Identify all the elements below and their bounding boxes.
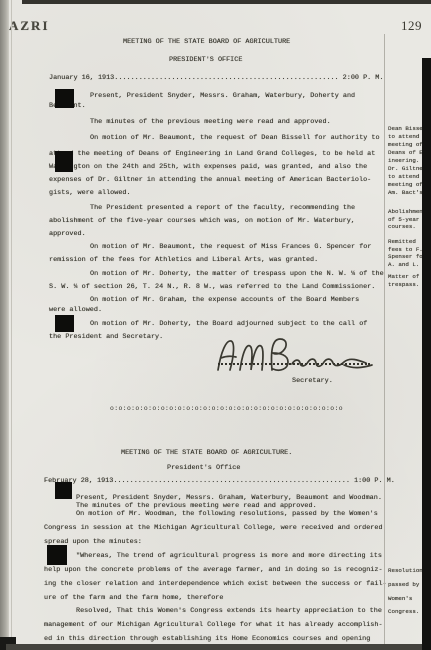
scan-edge-bottom bbox=[6, 644, 431, 650]
margin-note-line: to attend bbox=[388, 173, 419, 180]
text-line: ure of the farm and the farm home, there… bbox=[44, 594, 223, 602]
text-line: MEETING OF THE STATE BOARD OF AGRICULTUR… bbox=[123, 38, 290, 46]
binder-mark bbox=[55, 89, 74, 108]
margin-note-line: Congress. bbox=[388, 608, 419, 615]
margin-note-line: Remitted bbox=[388, 238, 416, 245]
secretary-label: Secretary. bbox=[292, 377, 333, 385]
text-line: On motion of Mr. Doherty, the Board adjo… bbox=[90, 320, 367, 328]
page-number: 129 bbox=[401, 18, 422, 34]
text-line: On motion of Mr. Doherty, the matter of … bbox=[90, 270, 384, 278]
text-line: attend the meeting of Deans of Engineeri… bbox=[49, 150, 375, 158]
text-line: gists, were allowed. bbox=[49, 189, 131, 197]
text-line: January 16, 1913........................… bbox=[49, 74, 383, 82]
binder-mark bbox=[47, 545, 67, 565]
margin-note-line: trespass. bbox=[388, 281, 419, 288]
text-line: remission of the fees for Athletics and … bbox=[49, 256, 318, 264]
library-stamp: AZRI bbox=[9, 18, 50, 34]
margin-note-line: Women's bbox=[388, 595, 412, 602]
text-line: The minutes of the previous meeting were… bbox=[90, 118, 331, 126]
margin-note-line: ineering. bbox=[388, 157, 419, 164]
margin-note-line: Spenser for bbox=[388, 253, 426, 260]
text-line: "Whereas, The trend of agricultural prog… bbox=[76, 552, 382, 560]
text-line: were allowed. bbox=[49, 306, 102, 314]
margin-note-line: meeting of bbox=[388, 141, 423, 148]
scan-edge-right bbox=[422, 58, 431, 650]
text-line: The President presented a report of the … bbox=[90, 204, 355, 212]
text-line: ed in this direction through establishin… bbox=[44, 635, 370, 643]
text-line: ing the closer relation and interdepende… bbox=[44, 580, 387, 588]
binder-mark bbox=[55, 315, 74, 332]
section-separator: o:o:o:o:o:o:o:o:o:o:o:o:o:o:o:o:o:o:o:o:… bbox=[110, 405, 343, 412]
text-line: On motion of Mr. Woodman, the following … bbox=[76, 510, 378, 518]
text-line: MEETING OF THE STATE BOARD OF AGRICULTUR… bbox=[121, 449, 292, 457]
margin-rule-line bbox=[384, 34, 385, 646]
margin-note-line: Resolutions bbox=[388, 567, 426, 574]
text-line: On motion of Mr. Beaumont, the request o… bbox=[90, 134, 380, 142]
text-line: management of our Michigan Agricultural … bbox=[44, 621, 383, 629]
text-line: abolishment of the five-year courses whi… bbox=[49, 217, 355, 225]
secretary-signature-icon bbox=[210, 334, 382, 376]
margin-note-line: meeting of bbox=[388, 181, 423, 188]
margin-note-line: Am. Bact's. bbox=[388, 189, 426, 196]
text-line: On motion of Mr. Beaumont, the request o… bbox=[90, 243, 371, 251]
text-line: help upon the concrete problems of the a… bbox=[44, 566, 383, 574]
text-line: The minutes of the previous meeting were… bbox=[76, 502, 317, 510]
scan-edge-left-line bbox=[11, 0, 12, 650]
text-line: Congress in session at the Michigan Agri… bbox=[44, 524, 383, 532]
margin-note-line: of 5-year bbox=[388, 216, 419, 223]
document-page: AZRI 129 MEETING OF THE STATE BOARD OF A… bbox=[0, 0, 431, 650]
text-line: Washington on the 24th and 25th, with ex… bbox=[49, 163, 367, 171]
text-line: On motion of Mr. Graham, the expense acc… bbox=[90, 296, 359, 304]
text-line: approved. bbox=[49, 230, 86, 238]
binder-mark bbox=[55, 151, 73, 172]
margin-note-line: Matter of bbox=[388, 273, 419, 280]
text-line: February 28, 1913.......................… bbox=[44, 477, 395, 485]
text-line: PRESIDENT'S OFFICE bbox=[169, 56, 242, 64]
scan-edge-left bbox=[0, 0, 9, 650]
scan-edge-top bbox=[22, 0, 431, 4]
margin-note-line: courses. bbox=[388, 223, 416, 230]
text-line: Present, President Snyder, Messrs. Graha… bbox=[90, 92, 355, 100]
signature-dotted-line bbox=[218, 363, 370, 365]
margin-note-line: Abolishment bbox=[388, 208, 426, 215]
text-line: President's Office bbox=[167, 464, 240, 472]
margin-note-line: Dr. Giltner bbox=[388, 165, 426, 172]
margin-note-line: passed by bbox=[388, 581, 419, 588]
text-line: Resolved, That this Women's Congress ext… bbox=[76, 607, 382, 615]
margin-note-line: to attend bbox=[388, 133, 419, 140]
binder-mark bbox=[55, 482, 72, 499]
text-line: Present, President Snyder, Messrs. Graha… bbox=[76, 494, 382, 502]
text-line: expenses of Dr. Giltner in attending the… bbox=[49, 176, 371, 184]
text-line: S. W. ¼ of section 26, T. 24 N., R. 8 W.… bbox=[49, 283, 375, 291]
text-line: the President and Secretary. bbox=[49, 333, 163, 341]
